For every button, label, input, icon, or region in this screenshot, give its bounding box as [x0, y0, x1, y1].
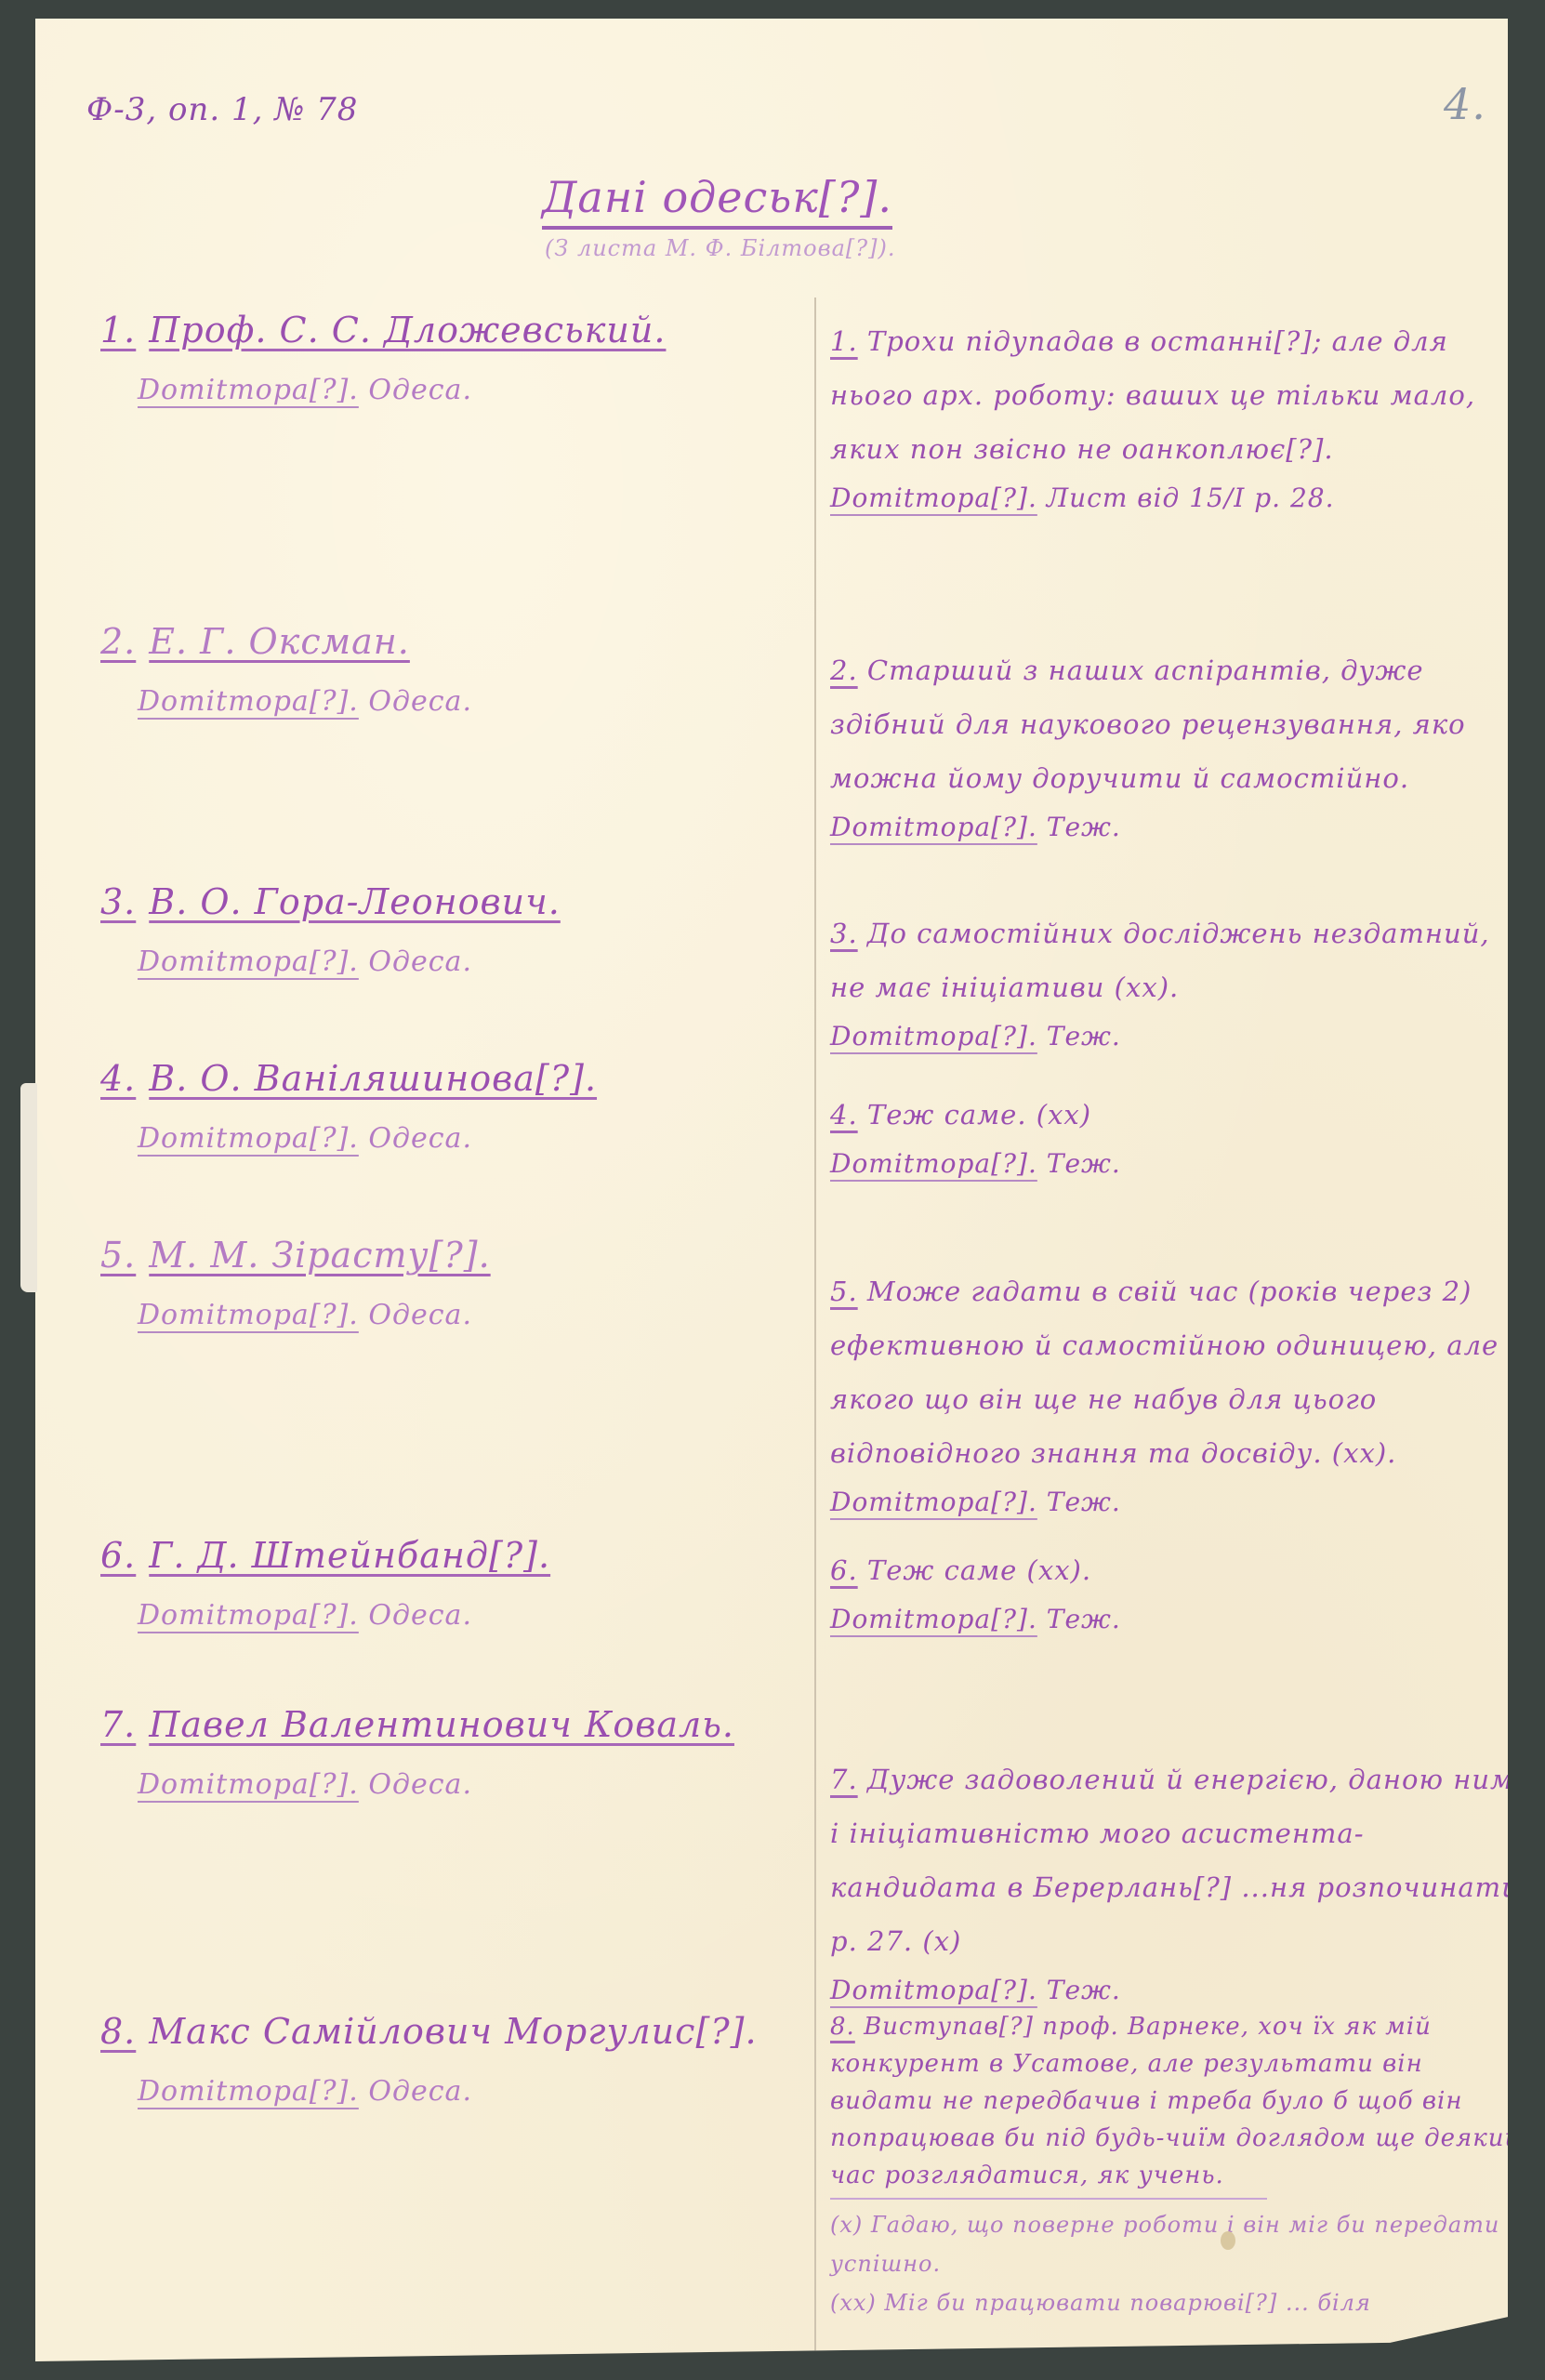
name-entry: 7.Павел Валентинович Коваль. Domitторa[?… [100, 1701, 734, 1805]
note-entry: 3. До самостійних досліджень нездатний, … [830, 906, 1527, 1059]
column-divider [814, 297, 816, 2380]
note-number: 7. [830, 1764, 858, 1795]
location-label: Domitторa[?]. [138, 1768, 359, 1801]
person-name: М. М. Зірасту[?]. [149, 1235, 490, 1276]
location-label: Domitторa[?]. [138, 945, 359, 978]
person-name: Макс Самійлович Моргулис[?]. [149, 2011, 757, 2052]
paper-stain [1221, 2231, 1235, 2250]
entry-number: 5. [100, 1235, 136, 1276]
archive-reference: Ф-3, оп. 1, № 78 [86, 91, 358, 128]
location: Одеса. [368, 1768, 472, 1801]
note-source: Лист від 15/I р. 28. [1047, 483, 1335, 513]
note-text: Старший з наших аспірантів, дуже здібний… [830, 654, 1466, 794]
note-entry: 1. Трохи підупадав в останні[?]; але для… [830, 314, 1527, 521]
location: Одеса. [368, 1599, 472, 1632]
location-label: Domitторa[?]. [830, 812, 1037, 842]
location-label: Domitторa[?]. [830, 1975, 1037, 2005]
note-source: Теж. [1047, 1604, 1121, 1634]
note-source: Теж. [1047, 1148, 1121, 1179]
entry-number: 8. [100, 2011, 136, 2052]
note-entry: 5. Може гадати в свій час (років через 2… [830, 1264, 1527, 1525]
note-text: До самостійних досліджень нездатний, не … [830, 918, 1490, 1003]
torn-edge [20, 1083, 37, 1292]
note-number: 5. [830, 1276, 858, 1307]
location-label: Domitторa[?]. [138, 374, 359, 406]
document-subtitle: (З листа М. Ф. Бiлтова[?]). [545, 235, 896, 261]
entry-number: 2. [100, 621, 136, 662]
folio-number: 4. [1444, 79, 1486, 129]
location: Одеса. [368, 685, 472, 718]
location-label: Domitторa[?]. [830, 1148, 1037, 1179]
person-name: Павел Валентинович Коваль. [149, 1704, 734, 1745]
footnote-separator [830, 2198, 1267, 2200]
location-label: Domitторa[?]. [830, 1487, 1037, 1517]
document-page: Ф-3, оп. 1, № 78 4. Дані одеськ[?]. (З л… [35, 19, 1508, 2361]
entry-number: 6. [100, 1535, 136, 1576]
person-name: Е. Г. Оксман. [149, 621, 410, 662]
name-entry: 6.Г. Д. Штейнбанд[?]. Domitторa[?]. Одес… [100, 1532, 550, 1636]
name-entry: 8.Макс Самійлович Моргулис[?]. Domitторa… [100, 2008, 758, 2112]
note-number: 3. [830, 918, 858, 949]
note-text: Дуже задоволений й енергією, даною ним і… [830, 1764, 1520, 1957]
location-label: Domitторa[?]. [830, 1021, 1037, 1051]
note-source: Теж. [1047, 1487, 1121, 1517]
entry-number: 1. [100, 310, 136, 350]
note-text: Трохи підупадав в останні[?]; але для нь… [830, 325, 1475, 465]
note-text: Теж саме. (хх) [867, 1099, 1091, 1130]
note-entry: 2. Старший з наших аспірантів, дуже здіб… [830, 643, 1527, 850]
entry-number: 4. [100, 1058, 136, 1099]
location-label: Domitторa[?]. [138, 1122, 359, 1155]
location: Одеса. [368, 2075, 472, 2108]
person-name: Г. Д. Штейнбанд[?]. [149, 1535, 550, 1576]
entry-number: 3. [100, 881, 136, 922]
note-number: 8. [830, 2013, 855, 2041]
note-entry: 7. Дуже задоволений й енергією, даною ни… [830, 1752, 1527, 2013]
note-number: 4. [830, 1099, 858, 1130]
note-text: Теж саме (хх). [867, 1554, 1091, 1586]
location-label: Domitторa[?]. [138, 2075, 359, 2108]
note-number: 6. [830, 1554, 858, 1586]
location: Одеса. [368, 374, 472, 406]
location-label: Domitторa[?]. [830, 1604, 1037, 1634]
location: Одеса. [368, 1122, 472, 1155]
document-title: Дані одеськ[?]. [542, 172, 892, 230]
location: Одеса. [368, 945, 472, 978]
note-text: Може гадати в свій час (років через 2) е… [830, 1276, 1499, 1469]
note-source: Теж. [1047, 812, 1121, 842]
note-entry: 8. Виступав[?] проф. Варнеке, хоч їх як … [830, 2008, 1527, 2322]
location-label: Domitторa[?]. [138, 1599, 359, 1632]
name-entry: 4.В. О. Ваніляшинова[?]. Domitторa[?]. О… [100, 1055, 597, 1159]
name-entry: 1.Проф. С. С. Дложевський. Domitторa[?].… [100, 307, 666, 411]
note-text: Виступав[?] проф. Варнеке, хоч їх як мій… [830, 2013, 1521, 2189]
location-label: Domitторa[?]. [138, 1299, 359, 1331]
name-entry: 3.В. О. Гора-Леонович. Domitторa[?]. Оде… [100, 879, 561, 983]
name-entry: 2.Е. Г. Оксман. Domitторa[?]. Одеса. [100, 618, 472, 722]
note-source: Теж. [1047, 1975, 1121, 2005]
person-name: Проф. С. С. Дложевський. [149, 310, 666, 350]
footnotes: (х) Гадаю, що поверне роботи і він міг б… [830, 2205, 1527, 2322]
location-label: Domitторa[?]. [138, 685, 359, 718]
location: Одеса. [368, 1299, 472, 1331]
note-entry: 4. Теж саме. (хх) Domitторa[?]. Теж. [830, 1088, 1527, 1186]
footnote: (х) Гадаю, що поверне роботи і він міг б… [830, 2205, 1527, 2283]
entry-number: 7. [100, 1704, 136, 1745]
note-number: 2. [830, 654, 858, 686]
person-name: В. О. Ваніляшинова[?]. [149, 1058, 597, 1099]
person-name: В. О. Гора-Леонович. [149, 881, 561, 922]
location-label: Domitторa[?]. [830, 483, 1037, 513]
footnote: (хх) Міг би працювати поварюві[?] ... бі… [830, 2283, 1527, 2322]
note-entry: 6. Теж саме (хх). Domitторa[?]. Теж. [830, 1543, 1527, 1642]
note-number: 1. [830, 325, 858, 357]
note-source: Теж. [1047, 1021, 1121, 1051]
name-entry: 5.М. М. Зірасту[?]. Domitторa[?]. Одеса. [100, 1232, 491, 1336]
